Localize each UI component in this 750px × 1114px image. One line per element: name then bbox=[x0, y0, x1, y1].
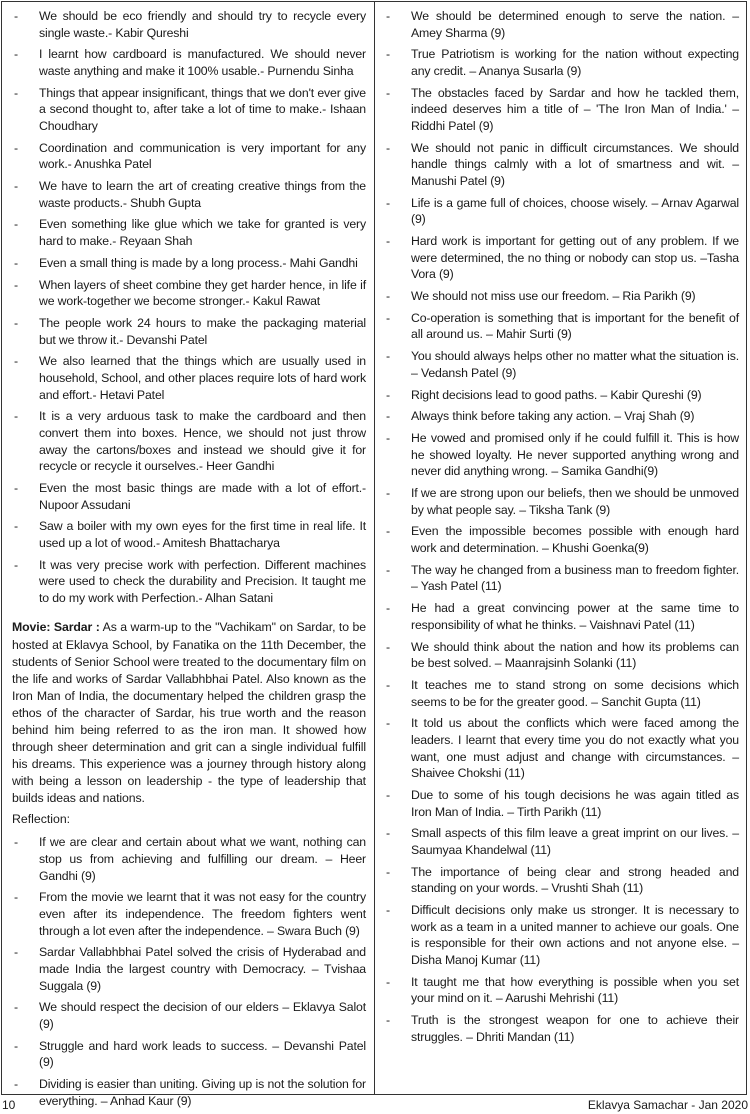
quote-item: -Co-operation is something that is impor… bbox=[384, 310, 739, 343]
bullet-dash-icon: - bbox=[14, 315, 18, 332]
quote-text: Life is a game full of choices, choose w… bbox=[411, 196, 739, 227]
bullet-dash-icon: - bbox=[14, 255, 18, 272]
bullet-dash-icon: - bbox=[14, 944, 18, 961]
quote-item: -It teaches me to stand strong on some d… bbox=[384, 677, 739, 710]
quote-item: -He had a great convincing power at the … bbox=[384, 600, 739, 633]
quote-text: Truth is the strongest weapon for one to… bbox=[411, 1013, 739, 1044]
bullet-dash-icon: - bbox=[386, 562, 390, 579]
quote-item: -We have to learn the art of creating cr… bbox=[12, 178, 366, 211]
quote-text: If we are clear and certain about what w… bbox=[39, 835, 366, 882]
bullet-dash-icon: - bbox=[386, 639, 390, 656]
bullet-dash-icon: - bbox=[386, 387, 390, 404]
bullet-dash-icon: - bbox=[14, 46, 18, 63]
bullet-dash-icon: - bbox=[14, 216, 18, 233]
page-frame: -We should be eco friendly and should tr… bbox=[1, 1, 747, 1095]
quote-item: -It told us about the conflicts which we… bbox=[384, 715, 739, 781]
quote-item: -Due to some of his tough decisions he w… bbox=[384, 787, 739, 820]
bullet-dash-icon: - bbox=[14, 140, 18, 157]
quote-text: Sardar Vallabhbhai Patel solved the cris… bbox=[39, 945, 366, 992]
quote-item: -Things that appear insignificant, thing… bbox=[12, 85, 366, 135]
quote-text: It told us about the conflicts which wer… bbox=[411, 716, 739, 780]
quote-item: -From the movie we learnt that it was no… bbox=[12, 889, 366, 939]
page-number: 10 bbox=[2, 1098, 15, 1112]
quote-text: Always think before taking any action. –… bbox=[411, 409, 694, 423]
bullet-dash-icon: - bbox=[14, 85, 18, 102]
quote-item: -We also learned that the things which a… bbox=[12, 353, 366, 403]
bullet-dash-icon: - bbox=[386, 825, 390, 842]
bullet-dash-icon: - bbox=[386, 523, 390, 540]
quote-item: -Difficult decisions only make us strong… bbox=[384, 902, 739, 968]
quote-text: True Patriotism is working for the natio… bbox=[411, 47, 739, 78]
movie-body: As a warm-up to the "Vachikam" on Sardar… bbox=[12, 620, 366, 805]
bullet-dash-icon: - bbox=[386, 715, 390, 732]
bullet-dash-icon: - bbox=[386, 310, 390, 327]
bullet-dash-icon: - bbox=[386, 787, 390, 804]
quote-item: -Always think before taking any action. … bbox=[384, 408, 739, 425]
quote-text: He vowed and promised only if he could f… bbox=[411, 431, 739, 478]
bullet-dash-icon: - bbox=[386, 195, 390, 212]
quote-text: Even a small thing is made by a long pro… bbox=[39, 256, 358, 270]
quote-text: Things that appear insignificant, things… bbox=[39, 86, 366, 133]
quote-text: Hard work is important for getting out o… bbox=[411, 234, 739, 281]
bullet-dash-icon: - bbox=[386, 85, 390, 102]
quote-text: From the movie we learnt that it was not… bbox=[39, 890, 366, 937]
bullet-dash-icon: - bbox=[14, 1076, 18, 1093]
bullet-dash-icon: - bbox=[14, 480, 18, 497]
bullet-dash-icon: - bbox=[386, 408, 390, 425]
quote-item: -It is a very arduous task to make the c… bbox=[12, 408, 366, 474]
quote-item: -If we are strong upon our beliefs, then… bbox=[384, 485, 739, 518]
quote-text: We should be eco friendly and should try… bbox=[39, 9, 366, 40]
quote-text: It was very precise work with perfection… bbox=[39, 558, 366, 605]
quote-text: We have to learn the art of creating cre… bbox=[39, 179, 366, 210]
quotes-list-reflection: -If we are clear and certain about what … bbox=[12, 834, 366, 1109]
quote-item: -Saw a boiler with my own eyes for the f… bbox=[12, 518, 366, 551]
bullet-dash-icon: - bbox=[386, 46, 390, 63]
quote-item: -The way he changed from a business man … bbox=[384, 562, 739, 595]
bullet-dash-icon: - bbox=[386, 677, 390, 694]
bullet-dash-icon: - bbox=[386, 140, 390, 157]
quote-text: Small aspects of this film leave a great… bbox=[411, 826, 739, 857]
quote-text: Saw a boiler with my own eyes for the fi… bbox=[39, 519, 366, 550]
quotes-list-right: -We should be determined enough to serve… bbox=[384, 8, 739, 1045]
bullet-dash-icon: - bbox=[14, 999, 18, 1016]
reflection-label: Reflection: bbox=[12, 811, 366, 828]
bullet-dash-icon: - bbox=[386, 430, 390, 447]
bullet-dash-icon: - bbox=[14, 518, 18, 535]
quote-item: -We should not panic in difficult circum… bbox=[384, 140, 739, 190]
quote-item: -Small aspects of this film leave a grea… bbox=[384, 825, 739, 858]
quote-text: You should always helps other no matter … bbox=[411, 349, 739, 380]
bullet-dash-icon: - bbox=[386, 348, 390, 365]
quote-item: -We should respect the decision of our e… bbox=[12, 999, 366, 1032]
quote-text: Even the impossible becomes possible wit… bbox=[411, 524, 739, 555]
bullet-dash-icon: - bbox=[386, 8, 390, 25]
quote-item: -Struggle and hard work leads to success… bbox=[12, 1038, 366, 1071]
quote-item: -We should be determined enough to serve… bbox=[384, 8, 739, 41]
bullet-dash-icon: - bbox=[386, 1012, 390, 1029]
quote-text: I learnt how cardboard is manufactured. … bbox=[39, 47, 366, 78]
quote-text: It teaches me to stand strong on some de… bbox=[411, 678, 739, 709]
quote-item: -Truth is the strongest weapon for one t… bbox=[384, 1012, 739, 1045]
bullet-dash-icon: - bbox=[14, 277, 18, 294]
bullet-dash-icon: - bbox=[386, 974, 390, 991]
quote-item: -He vowed and promised only if he could … bbox=[384, 430, 739, 480]
quote-text: It taught me that how everything is poss… bbox=[411, 975, 739, 1006]
quote-item: -If we are clear and certain about what … bbox=[12, 834, 366, 884]
quote-text: If we are strong upon our beliefs, then … bbox=[411, 486, 739, 517]
quote-item: -When layers of sheet combine they get h… bbox=[12, 277, 366, 310]
quote-item: -It taught me that how everything is pos… bbox=[384, 974, 739, 1007]
quote-item: -Right decisions lead to good paths. – K… bbox=[384, 387, 739, 404]
quote-item: -Even the impossible becomes possible wi… bbox=[384, 523, 739, 556]
quote-text: The obstacles faced by Sardar and how he… bbox=[411, 86, 739, 133]
quote-item: -We should be eco friendly and should tr… bbox=[12, 8, 366, 41]
bullet-dash-icon: - bbox=[14, 889, 18, 906]
quote-text: We should not panic in difficult circums… bbox=[411, 141, 739, 188]
quote-text: Due to some of his tough decisions he wa… bbox=[411, 788, 739, 819]
quote-text: When layers of sheet combine they get ha… bbox=[39, 278, 366, 309]
quote-item: -It was very precise work with perfectio… bbox=[12, 557, 366, 607]
quote-item: -The obstacles faced by Sardar and how h… bbox=[384, 85, 739, 135]
publication-footer: Eklavya Samachar - Jan 2020 bbox=[588, 1098, 748, 1112]
movie-heading: Movie: Sardar : bbox=[12, 620, 100, 634]
quote-text: Coordination and communication is very i… bbox=[39, 141, 366, 172]
bullet-dash-icon: - bbox=[386, 485, 390, 502]
quote-text: Co-operation is something that is import… bbox=[411, 311, 739, 342]
bullet-dash-icon: - bbox=[14, 557, 18, 574]
quote-text: We should think about the nation and how… bbox=[411, 640, 739, 671]
bullet-dash-icon: - bbox=[14, 353, 18, 370]
bullet-dash-icon: - bbox=[386, 864, 390, 881]
bullet-dash-icon: - bbox=[14, 8, 18, 25]
quote-item: -Even the most basic things are made wit… bbox=[12, 480, 366, 513]
quote-item: -Dividing is easier than uniting. Giving… bbox=[12, 1076, 366, 1109]
quote-text: Dividing is easier than uniting. Giving … bbox=[39, 1077, 366, 1108]
quote-text: We should respect the decision of our el… bbox=[39, 1000, 366, 1031]
bullet-dash-icon: - bbox=[14, 408, 18, 425]
quote-item: -The importance of being clear and stron… bbox=[384, 864, 739, 897]
quote-text: We should be determined enough to serve … bbox=[411, 9, 739, 40]
bullet-dash-icon: - bbox=[14, 1038, 18, 1055]
quote-item: -I learnt how cardboard is manufactured.… bbox=[12, 46, 366, 79]
quote-text: We should not miss use our freedom. – Ri… bbox=[411, 289, 696, 303]
quote-text: Even the most basic things are made with… bbox=[39, 481, 366, 512]
left-column: -We should be eco friendly and should tr… bbox=[2, 2, 375, 1094]
quote-text: Struggle and hard work leads to success.… bbox=[39, 1039, 366, 1070]
quote-item: -We should not miss use our freedom. – R… bbox=[384, 288, 739, 305]
quote-item: -Even a small thing is made by a long pr… bbox=[12, 255, 366, 272]
quotes-list-industrial-visit: -We should be eco friendly and should tr… bbox=[12, 8, 366, 606]
quote-text: The way he changed from a business man t… bbox=[411, 563, 739, 594]
bullet-dash-icon: - bbox=[14, 834, 18, 851]
quote-item: -Hard work is important for getting out … bbox=[384, 233, 739, 283]
quote-text: The importance of being clear and strong… bbox=[411, 865, 739, 896]
quote-item: -You should always helps other no matter… bbox=[384, 348, 739, 381]
quote-item: -We should think about the nation and ho… bbox=[384, 639, 739, 672]
right-column: -We should be determined enough to serve… bbox=[375, 2, 747, 1094]
bullet-dash-icon: - bbox=[386, 233, 390, 250]
quote-item: -The people work 24 hours to make the pa… bbox=[12, 315, 366, 348]
quote-text: The people work 24 hours to make the pac… bbox=[39, 316, 366, 347]
quote-text: He had a great convincing power at the s… bbox=[411, 601, 739, 632]
quote-text: Difficult decisions only make us stronge… bbox=[411, 903, 739, 967]
quote-item: -True Patriotism is working for the nati… bbox=[384, 46, 739, 79]
bullet-dash-icon: - bbox=[386, 902, 390, 919]
quote-text: We also learned that the things which ar… bbox=[39, 354, 366, 401]
quote-text: It is a very arduous task to make the ca… bbox=[39, 409, 366, 473]
quote-item: -Life is a game full of choices, choose … bbox=[384, 195, 739, 228]
bullet-dash-icon: - bbox=[386, 288, 390, 305]
bullet-dash-icon: - bbox=[386, 600, 390, 617]
quote-item: -Even something like glue which we take … bbox=[12, 216, 366, 249]
quote-text: Right decisions lead to good paths. – Ka… bbox=[411, 388, 701, 402]
movie-paragraph: Movie: Sardar : As a warm-up to the "Vac… bbox=[12, 619, 366, 807]
quote-text: Even something like glue which we take f… bbox=[39, 217, 366, 248]
quote-item: -Sardar Vallabhbhai Patel solved the cri… bbox=[12, 944, 366, 994]
quote-item: -Coordination and communication is very … bbox=[12, 140, 366, 173]
bullet-dash-icon: - bbox=[14, 178, 18, 195]
